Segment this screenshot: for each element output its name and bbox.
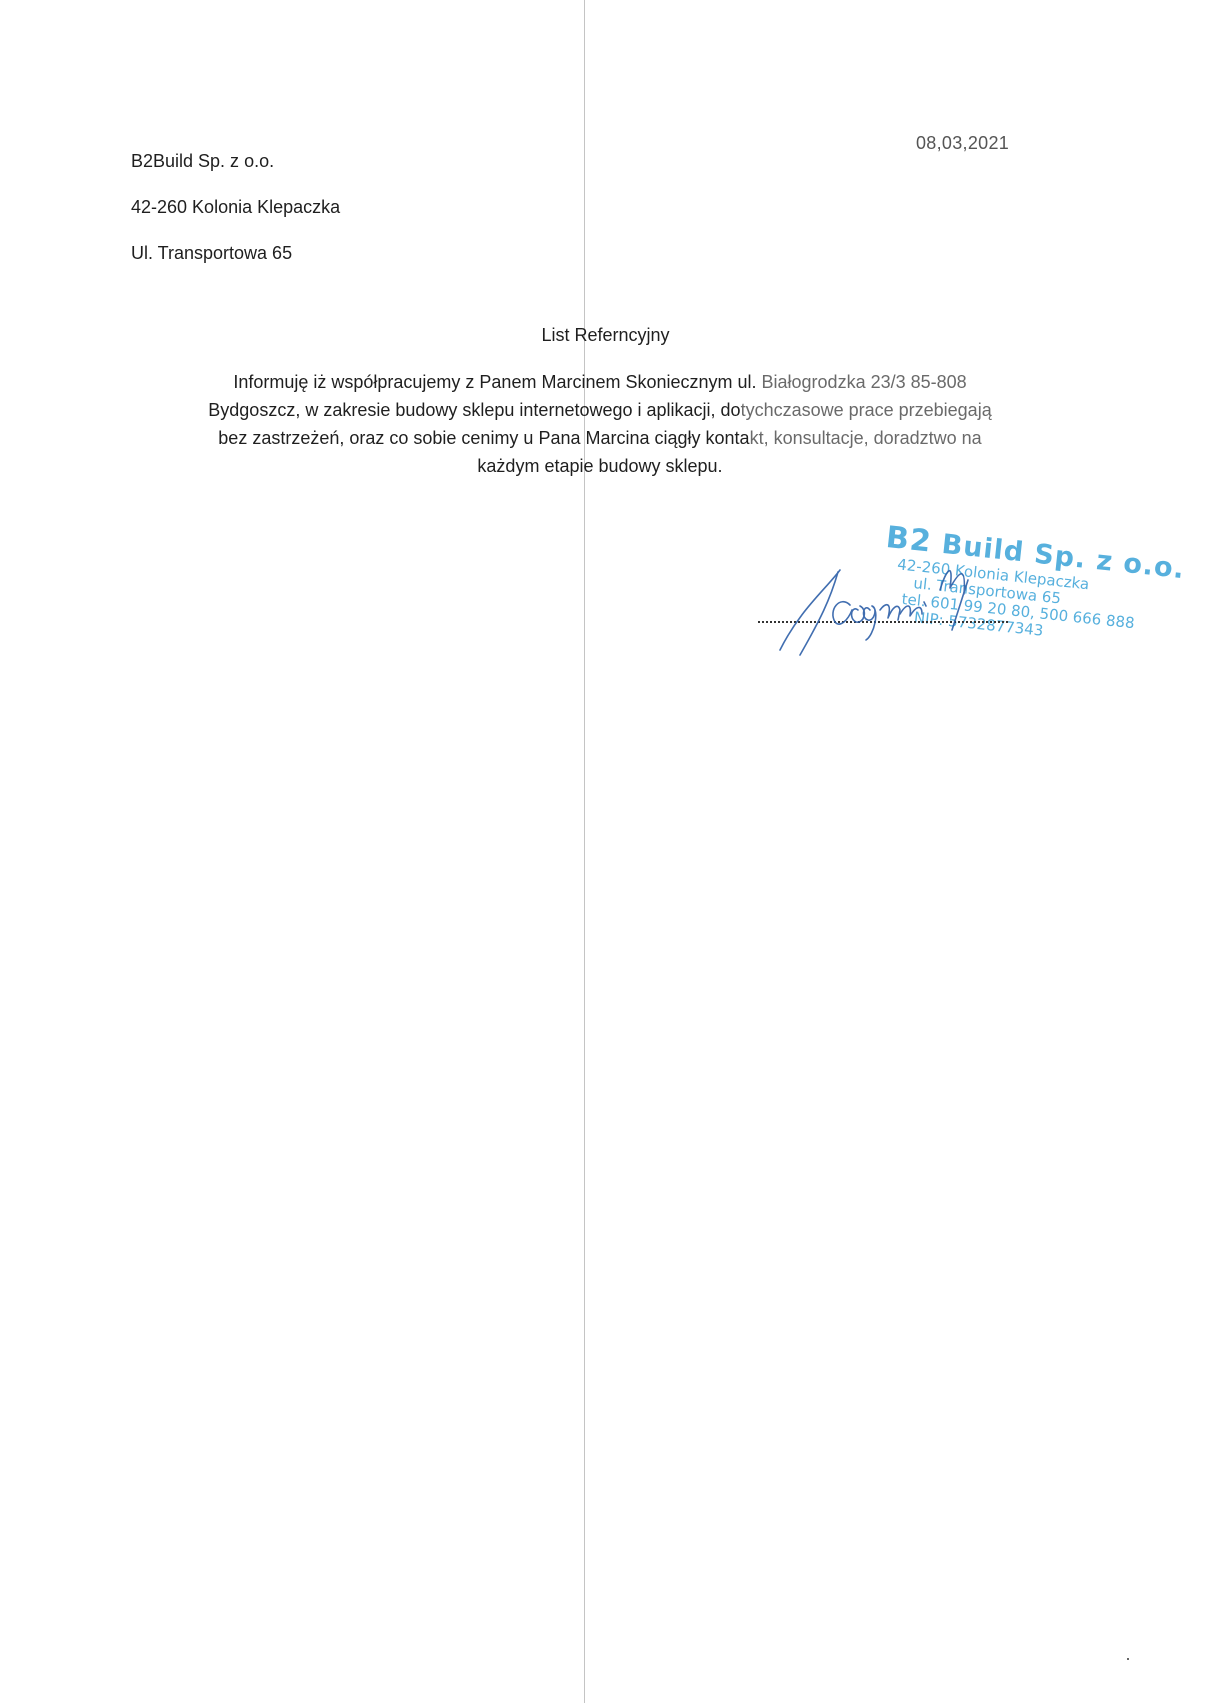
body-line-1-faded: Białogrodzka 23/3 85-808 xyxy=(762,372,967,392)
body-line-1: Informuję iż współpracujemy z Panem Marc… xyxy=(140,368,1060,396)
scan-fold-line xyxy=(584,0,585,1703)
body-line-3-faded: kt, konsultacje, doradztwo na xyxy=(750,428,982,448)
body-line-2: Bydgoszcz, w zakresie budowy sklepu inte… xyxy=(140,396,1060,424)
sender-company: B2Build Sp. z o.o. xyxy=(131,138,340,184)
letter-body: Informuję iż współpracujemy z Panem Marc… xyxy=(140,368,1060,480)
letter-date: 08,03,2021 xyxy=(916,133,1009,154)
body-line-1-dark: Informuję iż współpracujemy z Panem Marc… xyxy=(233,372,761,392)
signature-block: B2 Build Sp. z o.o. 42-260 Kolonia Klepa… xyxy=(740,510,1160,670)
letter-title-text: List Referncyjny xyxy=(541,325,669,345)
scan-speck xyxy=(1127,1658,1129,1660)
handwritten-signature xyxy=(740,510,1160,670)
body-line-3: bez zastrzeżeń, oraz co sobie cenimy u P… xyxy=(140,424,1060,452)
body-line-4: każdym etapie budowy sklepu. xyxy=(140,452,1060,480)
body-line-2-dark: Bydgoszcz, w zakresie budowy sklepu inte… xyxy=(208,400,740,420)
sender-postal-city: 42-260 Kolonia Klepaczka xyxy=(131,184,340,230)
letter-title: List Referncyjny xyxy=(0,325,1205,346)
body-line-3-dark: bez zastrzeżeń, oraz co sobie cenimy u P… xyxy=(218,428,749,448)
body-line-2-faded: tychczasowe prace przebiegają xyxy=(741,400,992,420)
sender-address: B2Build Sp. z o.o. 42-260 Kolonia Klepac… xyxy=(131,138,340,276)
sender-street: Ul. Transportowa 65 xyxy=(131,230,340,276)
